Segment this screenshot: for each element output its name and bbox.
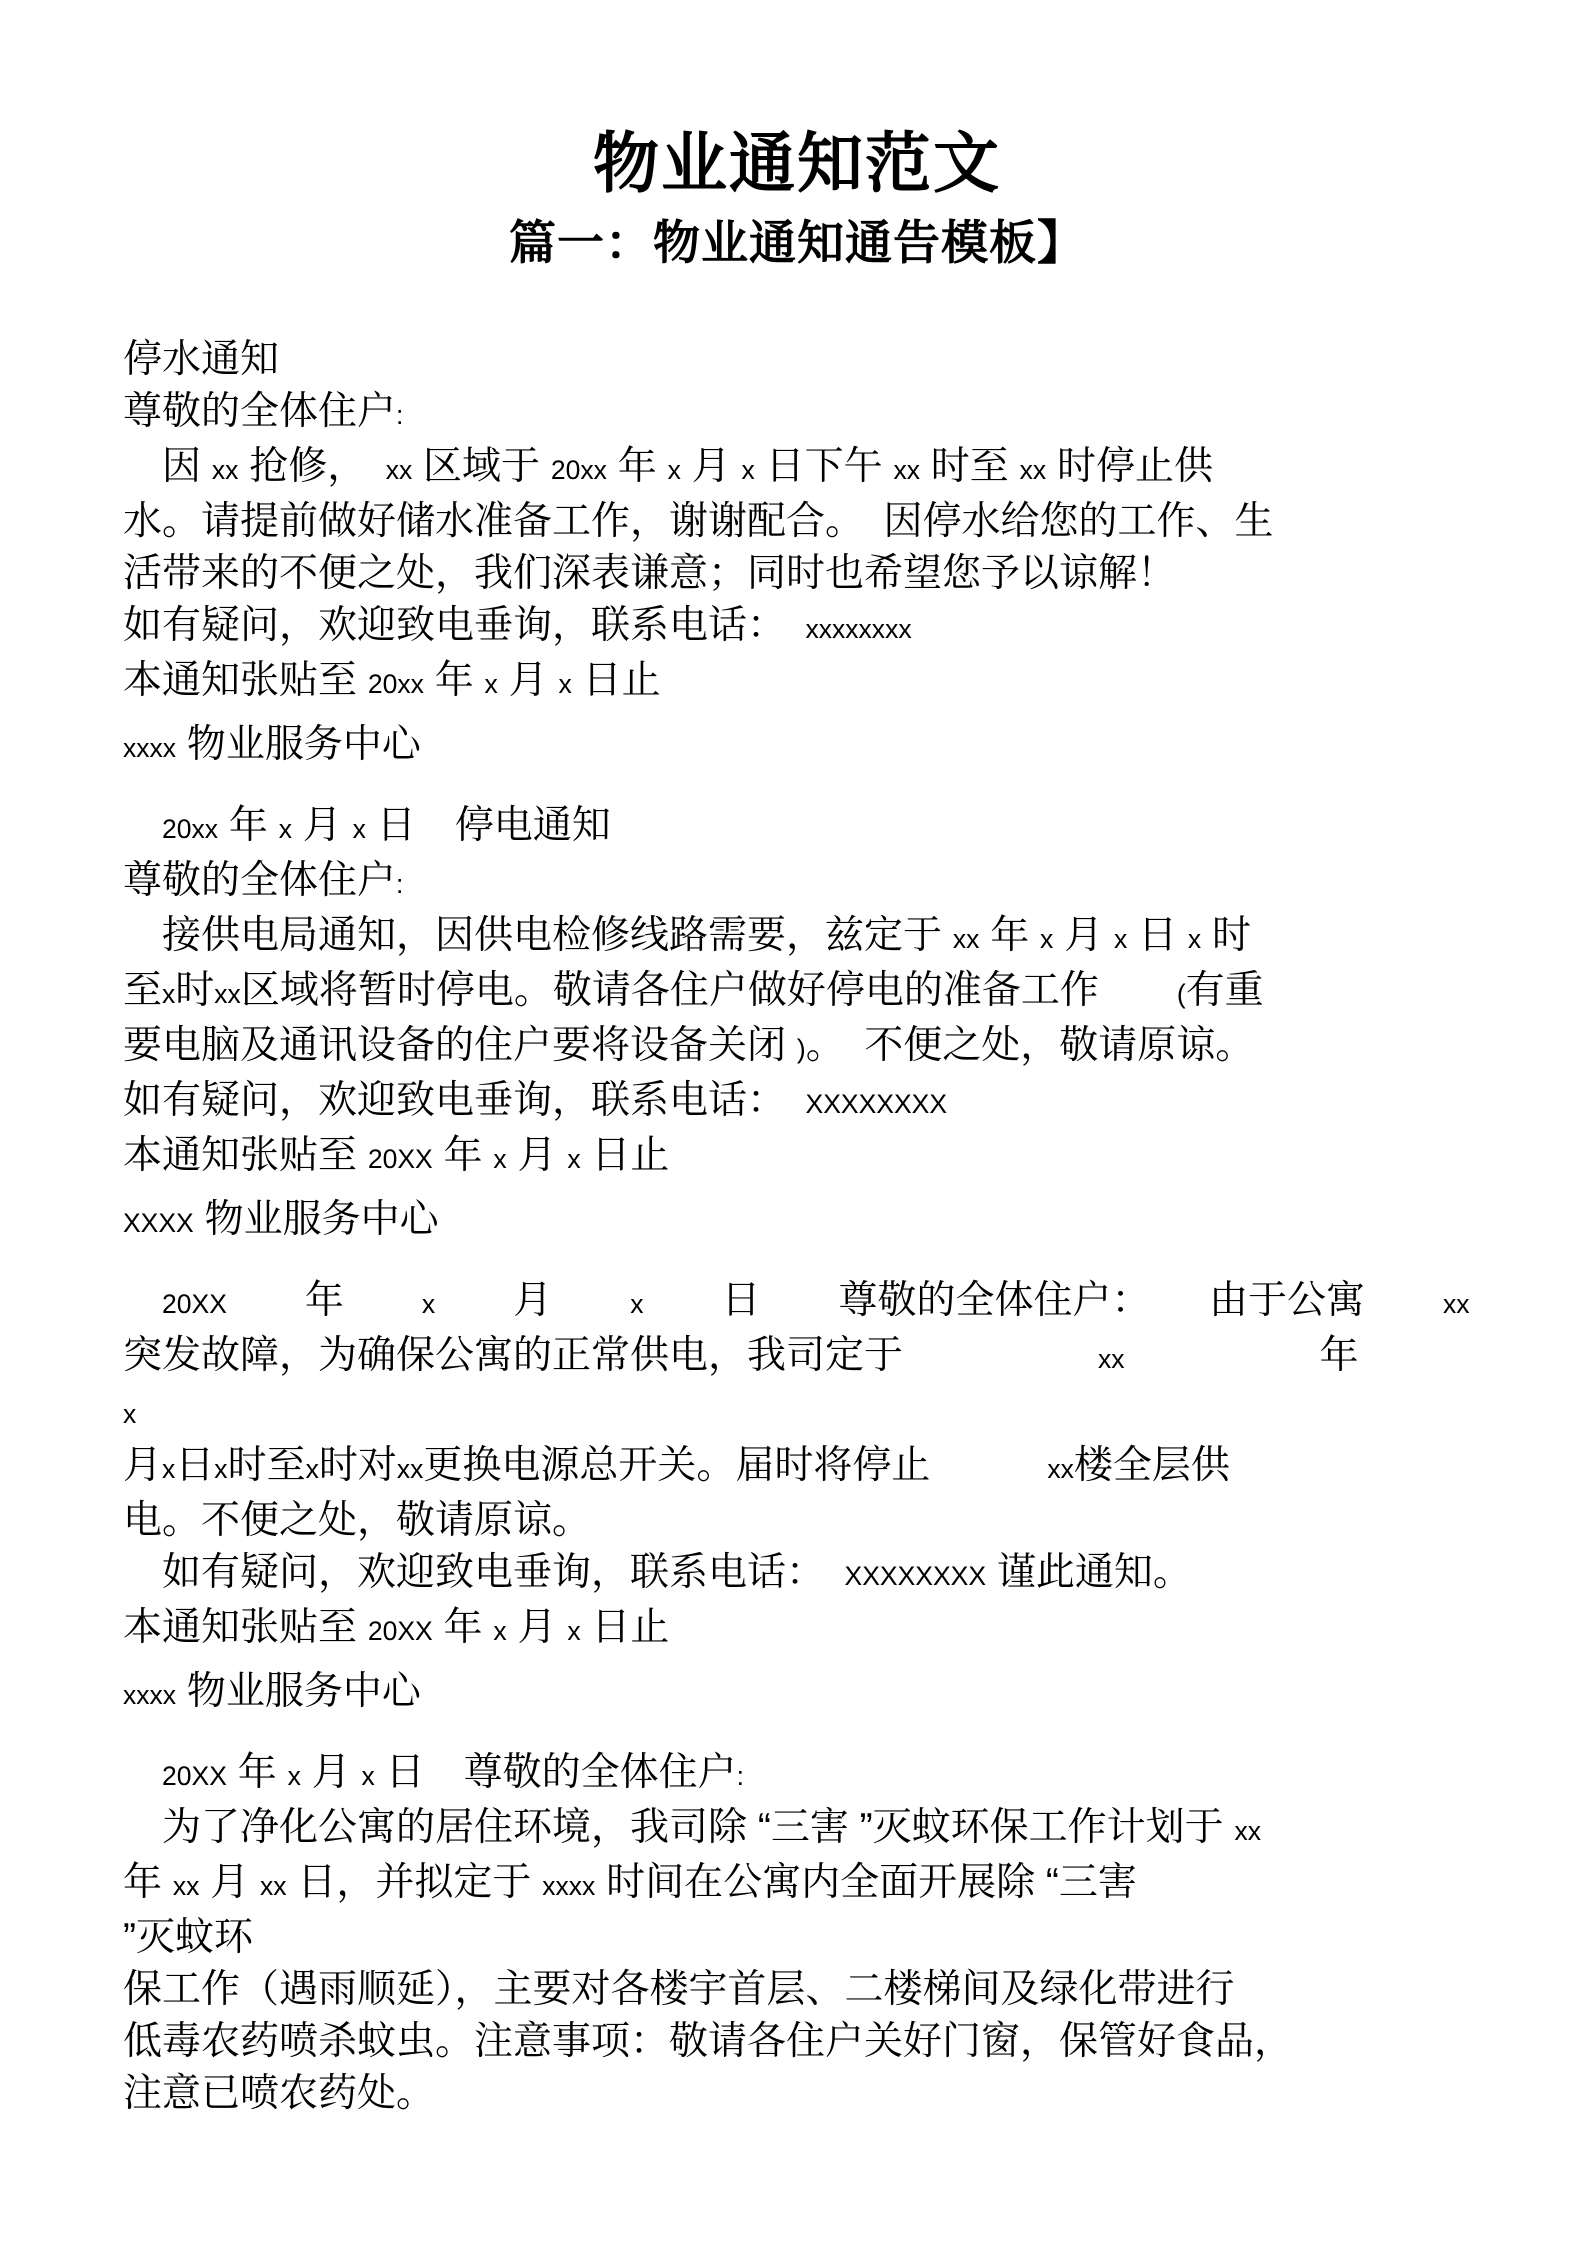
text-line: 如有疑问，欢迎致电垂询，联系电话： XXXXXXXX 谨此通知。: [123, 1547, 1534, 1602]
text-line: 突发故障，为确保公寓的正常供电，我司定于 xx 年 x: [123, 1330, 1534, 1440]
text-line: 尊敬的全体住户:: [123, 855, 1534, 910]
text-line: 水。请提前做好储水准备工作，谢谢配合。 因停水给您的工作、生: [123, 496, 1534, 548]
text-line: 为了净化公寓的居住环境，我司除 “三害 ”灭蚊环保工作计划于 xx: [123, 1802, 1534, 1857]
text-line: 电。不便之处，敬请原谅。: [123, 1495, 1534, 1547]
doc-subtitle: 篇一：物业通知通告模板】: [0, 216, 1594, 270]
document-page: 物业通知范文 篇一：物业通知通告模板】 停水通知 尊敬的全体住户: 因 xx 抢…: [0, 0, 1594, 2256]
text-line: 本通知张贴至 20XX 年 x 月 x 日止: [123, 1602, 1534, 1657]
text-line: 活带来的不便之处，我们深表谦意；同时也希望您予以谅解！: [123, 548, 1534, 600]
text-line: 要电脑及通讯设备的住户要将设备关闭 )。 不便之处，敬请原谅。: [123, 1020, 1534, 1075]
text-line: 至x时xx区域将暂时停电。敬请各住户做好停电的准备工作 (有重: [123, 965, 1534, 1020]
text-line: ”灭蚊环: [123, 1912, 1534, 1964]
doc-body: 停水通知 尊敬的全体住户: 因 xx 抢修， xx 区域于 20xx 年 x 月…: [0, 334, 1594, 2120]
text-line: 月x日x时至x时对xx更换电源总开关。届时将停止 xx楼全层供: [123, 1440, 1534, 1495]
text-line: 接供电局通知，因供电检修线路需要，兹定于 xx 年 x 月 x 日 x 时: [123, 910, 1534, 965]
text-line: 20xx 年 x 月 x 日 停电通知: [123, 800, 1534, 855]
text-line: 年 xx 月 xx 日，并拟定于 xxxx 时间在公寓内全面开展除 “三害: [123, 1857, 1534, 1912]
text-line: XXXX 物业服务中心: [123, 1194, 1534, 1249]
text-line: 低毒农药喷杀蚊虫。注意事项：敬请各住户关好门窗，保管好食品，: [123, 2016, 1534, 2068]
notice-water-outage: 停水通知 尊敬的全体住户: 因 xx 抢修， xx 区域于 20xx 年 x 月…: [123, 334, 1534, 774]
text-line: 20XX 年 x 月 x 日 尊敬的全体住户:: [123, 1747, 1534, 1802]
text-line: 本通知张贴至 20XX 年 x 月 x 日止: [123, 1130, 1534, 1185]
text-line: 尊敬的全体住户:: [123, 386, 1534, 441]
text-line: xxxx 物业服务中心: [123, 1666, 1534, 1721]
text-line: 因 xx 抢修， xx 区域于 20xx 年 x 月 x 日下午 xx 时至 x…: [123, 441, 1534, 496]
text-line: 如有疑问，欢迎致电垂询，联系电话： xxxxxxxx: [123, 600, 1534, 655]
notice-power-outage: 20xx 年 x 月 x 日 停电通知 尊敬的全体住户: 接供电局通知，因供电检…: [123, 800, 1534, 1249]
notice-pest-control: 20XX 年 x 月 x 日 尊敬的全体住户: 为了净化公寓的居住环境，我司除 …: [123, 1747, 1534, 2120]
text-line: 停水通知: [123, 334, 1534, 386]
text-line: 注意已喷农药处。: [123, 2068, 1534, 2120]
notice-power-switch: 20XX 年 x 月 x 日 尊敬的全体住户： 由于公寓 xx 突发故障，为确保…: [123, 1275, 1534, 1721]
text-line: xxxx 物业服务中心: [123, 719, 1534, 774]
text-line: 保工作（遇雨顺延），主要对各楼宇首层、二楼梯间及绿化带进行: [123, 1964, 1534, 2016]
text-line: 本通知张贴至 20xx 年 x 月 x 日止: [123, 655, 1534, 710]
text-line: 如有疑问，欢迎致电垂询，联系电话： XXXXXXXX: [123, 1075, 1534, 1130]
text-line: 20XX 年 x 月 x 日 尊敬的全体住户： 由于公寓 xx: [123, 1275, 1534, 1330]
doc-title: 物业通知范文: [0, 0, 1594, 202]
